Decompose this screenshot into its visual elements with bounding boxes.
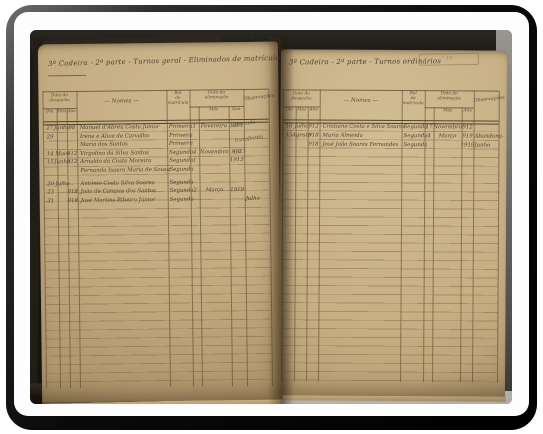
cell-nome: Maria dos Santos [80,142,128,149]
cell-rol: Segunda [169,179,193,185]
hdr-mes: Mês [296,108,308,113]
hdr-nomes: — Nomes — [320,99,402,104]
cell-a: 912 [308,123,318,129]
cell-m2: Novembro [433,124,462,130]
cell-rol: Primeira [169,141,193,147]
cell-rol: Segunda [404,133,428,139]
hdr-ano: Ano [67,110,77,115]
hdr-observacoes: Observações [243,95,268,103]
ledger-right-page: 3ª Cadeira - 2ª parte - Turnos ordinário… [279,49,507,396]
cell-nome: Virgolino da Silva Santos [80,150,149,157]
hdr-exam-group-line: eliminação [189,96,243,101]
cell-rol: Segunda [169,167,193,173]
cell-nome: Maria Almeida [323,132,363,138]
cell-a: 918 [68,198,78,204]
stamp-box: ·· 19 ·· [419,53,479,66]
hdr-date-group: Data do despacho [42,94,76,104]
ledger-left-page: 3ª Cadeira - 2ª parte - Turnos geral - E… [38,42,282,403]
cell-d: 23 [47,189,54,195]
cell-m2: Fevereiro [201,123,227,129]
cell-obs: Abandona- [475,133,504,139]
cell-rol: Segunda [404,124,428,130]
hdr-mes2: Mês [434,109,462,114]
cell-d2: 4 [193,149,197,155]
hdr-observacoes: Observações [474,97,499,104]
cell-d: 15 [47,160,54,166]
cell-m2: Março [439,133,457,139]
cell-obs: Junho [474,142,490,148]
cell-d: 27 [46,125,53,131]
cell-a2: 1919 [461,142,475,148]
cell-d: 29 [46,134,53,140]
cell-d2: 2 [193,188,197,194]
hdr-ano2: Ano [229,108,244,113]
cell-rol: Primeira [169,124,193,130]
hdr-mes: Mês [57,110,67,115]
cell-a2: 919 [462,133,472,139]
cell-nome: José Martins Ribeiro Júnior [81,197,156,204]
cell-nome: José João Soares Fernandes [322,141,398,147]
cell-a: 98 [68,125,75,131]
cell-a: 912 [67,151,77,157]
cell-rol: Primeira [169,132,193,138]
cell-nome: António Costa Silva Soares [80,180,154,187]
hdr-mes2: Mês [199,108,229,113]
hdr-dia: Dia [43,110,57,115]
book-gutter-shadow [268,38,294,404]
cell-d2: 17 [426,124,433,130]
table-top-line [283,89,499,91]
cell-m2: Novembro [200,149,229,155]
cell-d: 20 [47,181,54,187]
cell-a: 918 [308,132,318,138]
ledger-photo: 3ª Cadeira - 2ª parte - Turnos geral - E… [30,30,512,404]
cell-rol: Segunda [170,188,194,194]
cell-rol: Segunda [403,142,427,148]
cell-nome: Fernanda Isaura Maria de Sousa [80,167,170,174]
cell-obs: Julho [246,196,260,202]
cell-a: 912 [67,159,77,165]
left-page-title: 3ª Cadeira - 2ª parte - Turnos geral - E… [48,54,280,68]
hdr-rol-line: matrícula [167,102,190,107]
hdr-ano: Ano [308,108,320,113]
cell-m: Julho [295,123,309,129]
cell-rol: Segunda [169,158,193,164]
left-title-underline [48,75,86,76]
cell-rol: Segunda [170,196,194,202]
cell-m2: Março [206,187,224,193]
cell-d: 14 [47,151,54,157]
cell-a: 918 [308,141,318,147]
cell-a2: 912 [462,124,472,130]
hdr-nomes: — Nomes — [77,99,167,105]
hdr-exam-group-line: eliminação [425,97,474,102]
cell-m: Julho [55,181,69,187]
cell-a2: 1913 [230,157,244,163]
cell-d: 31 [47,198,54,204]
stamp-text: ·· 19 ·· [420,54,478,64]
cell-a2: 1919 [230,187,244,193]
hdr-rol-line: matrícula [402,102,425,107]
cell-rol: Segunda [169,149,193,155]
cell-nome: Cristiano Costa e Silva Soares [323,124,406,131]
cell-d2: 4 [427,133,430,139]
cell-nome: Irene e Alice de Carvalho [80,133,149,140]
cell-nome: Arnaldo da Costa Moreira [80,158,151,165]
cell-nome: Manuel d'Abreu Costa Júnior [80,124,159,131]
cell-a: 918 [67,189,77,195]
cell-d2: 1 [193,124,197,130]
row-ruling [281,122,499,382]
cell-nome: João de Campos dos Santos [81,188,156,195]
cell-d2: 1 [193,158,197,164]
hdr-ano2: Ano [462,109,474,114]
